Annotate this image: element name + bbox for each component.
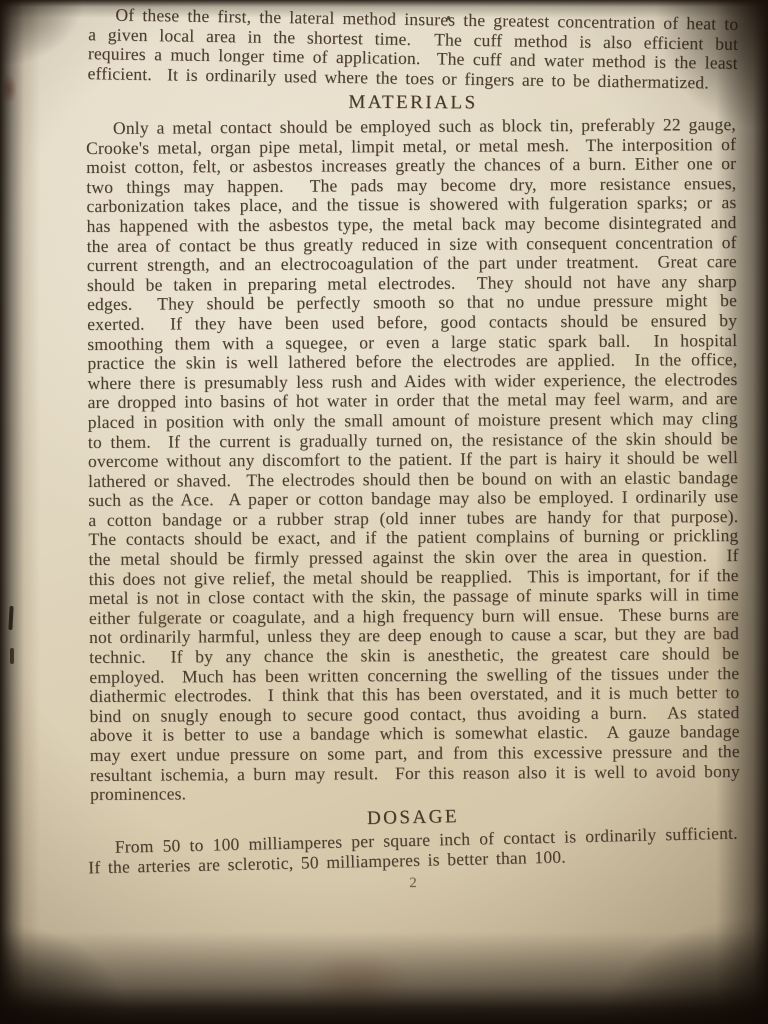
- intro-paragraph: Of these the first, the lateral method i…: [87, 5, 738, 93]
- page-paper: Of these the first, the lateral method i…: [0, 0, 768, 1024]
- materials-heading: MATERIALS: [88, 92, 738, 115]
- materials-paragraph: Only a metal contact should be employed …: [86, 115, 740, 805]
- edge-stain: [1, 74, 17, 104]
- binding-stitch: [10, 648, 14, 664]
- page-number: 2: [88, 874, 738, 894]
- binding-stitch: [8, 606, 13, 630]
- paper-stain: [298, 948, 413, 1020]
- page-content: Of these the first, the lateral method i…: [88, 10, 738, 893]
- book-page-photo: Of these the first, the lateral method i…: [0, 0, 768, 1024]
